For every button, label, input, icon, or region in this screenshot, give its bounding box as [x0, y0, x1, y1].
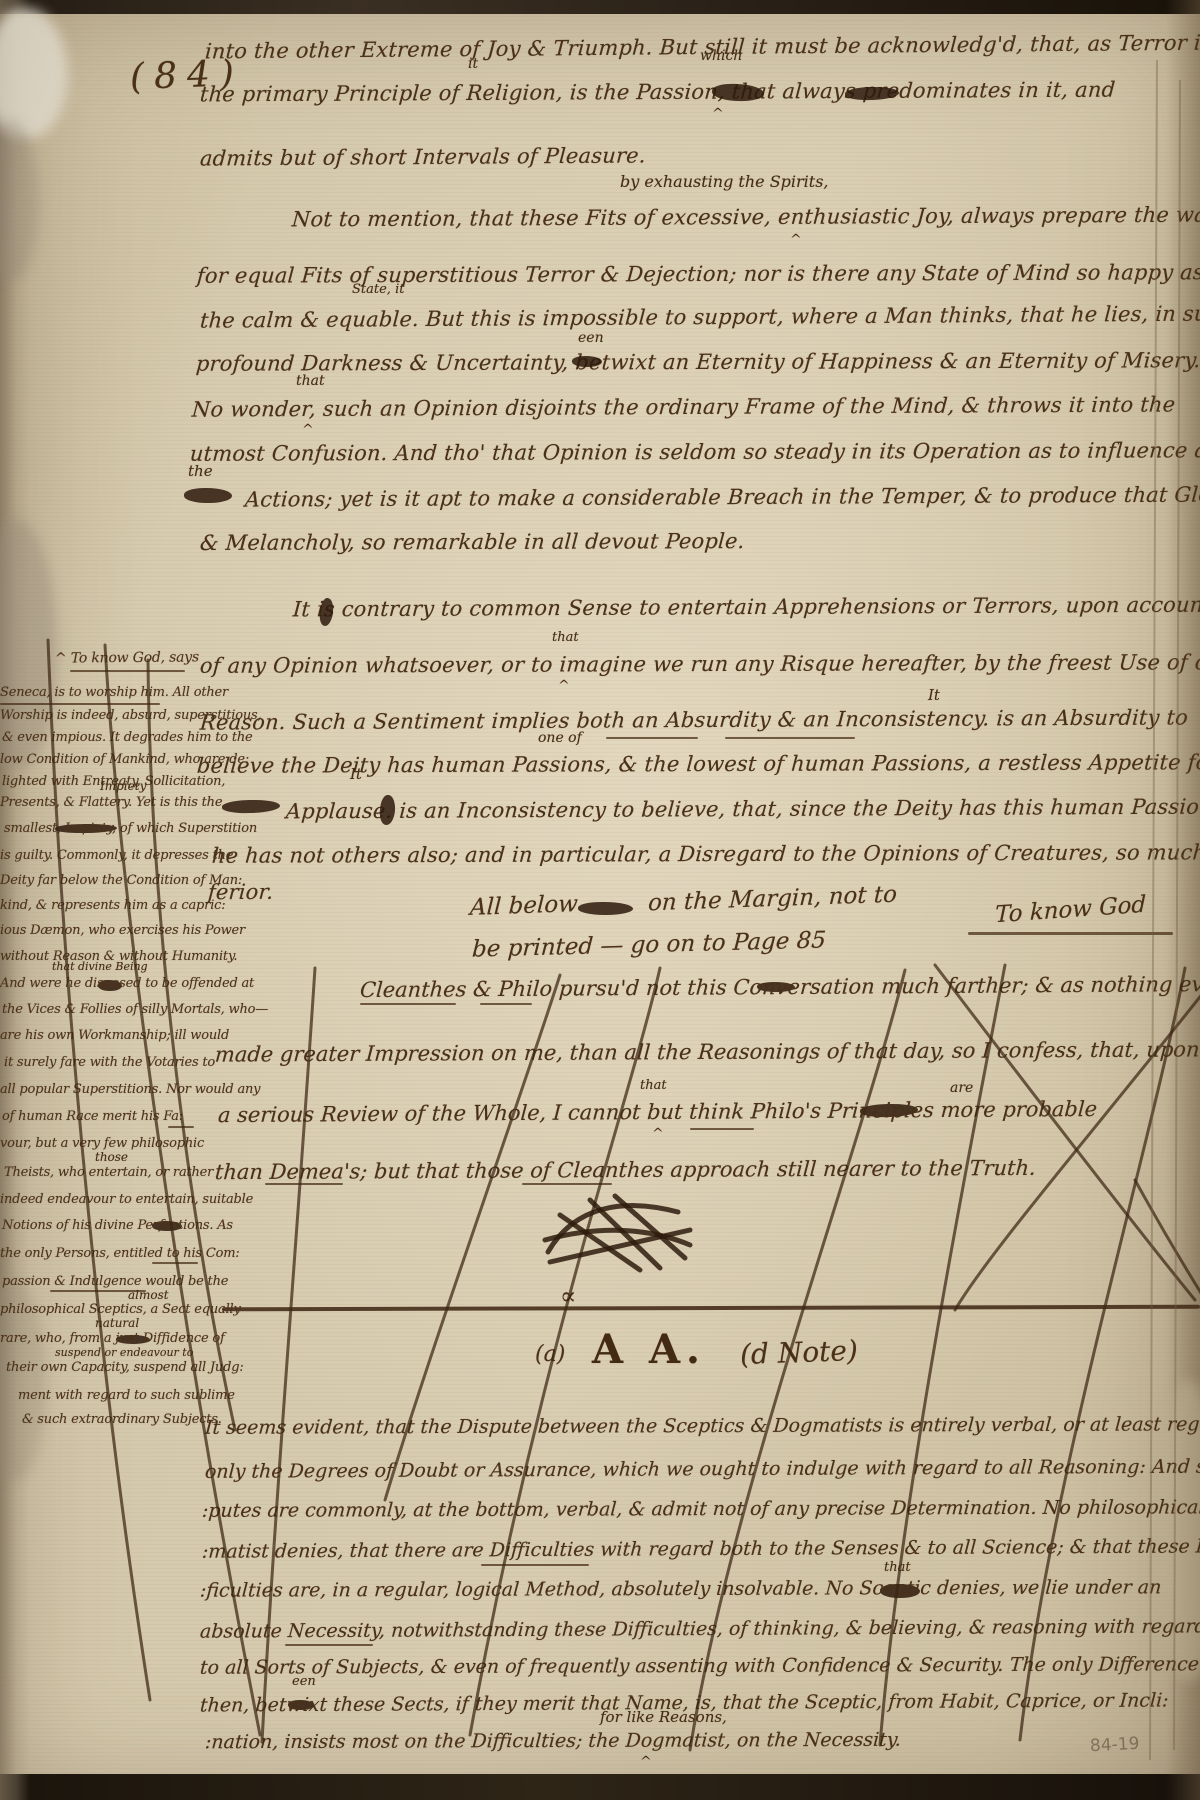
- body-line: for equal Fits of superstitious Terror &…: [196, 260, 1200, 288]
- ink-blot: [578, 902, 633, 915]
- margin-line: ious Dæmon, who exercises his Power: [0, 923, 245, 938]
- ink-underline: [152, 1262, 198, 1264]
- book-edge-bottom: [0, 1774, 1200, 1800]
- interlinear-insertion: that: [884, 1560, 911, 1575]
- margin-line: the only Persons, entitled to his Com:: [0, 1246, 240, 1261]
- note-line: :matist denies, that there are Difficult…: [201, 1535, 1200, 1562]
- body-line: the primary Principle of Religion, is th…: [199, 78, 1116, 107]
- margin-insertion: natural: [95, 1316, 139, 1330]
- instruction-note: on the Margin, not to: [647, 882, 897, 917]
- caret-mark: ^: [558, 678, 570, 694]
- body-line: No wonder, such an Opinion disjoints the…: [191, 392, 1176, 421]
- margin-line: are his own Workmanship; ill would: [0, 1028, 229, 1043]
- margin-line: & such extraordinary Subjects.: [22, 1412, 222, 1427]
- margin-line: Worship is indeed, absurd, superstitious…: [0, 708, 261, 723]
- ink-blot: [572, 356, 602, 367]
- body-line: the calm & equable. But this is impossib…: [199, 301, 1200, 332]
- margin-line: passion & Indulgence would be the: [2, 1274, 228, 1289]
- body-line: utmost Confusion. And tho' that Opinion …: [189, 438, 1200, 466]
- caret-mark: ^: [712, 106, 724, 122]
- interlinear-insertion: one of: [538, 730, 582, 746]
- margin-line: it surely fare with the Votaries to: [4, 1055, 215, 1070]
- margin-line: indeed endeavour to entertain, suitable: [0, 1192, 253, 1207]
- ink-underline: [690, 1128, 754, 1130]
- margin-line: philosophical Sceptics, a Sect equally: [0, 1302, 241, 1317]
- margin-line: the Vices & Follies of silly Mortals, wh…: [2, 1002, 268, 1017]
- caret-mark: ^: [652, 1126, 664, 1142]
- note-line: only the Degrees of Doubt or Assurance, …: [204, 1455, 1200, 1483]
- interlinear-insertion: State, it: [352, 282, 404, 297]
- closing-line: Cleanthes & Philo pursu'd not this Conve…: [359, 972, 1200, 1002]
- margin-line: of human Race merit his Fa:: [2, 1109, 183, 1124]
- margin-line: Presents, & Flattery. Yet is this the: [0, 795, 222, 810]
- margin-insertion: those: [95, 1150, 128, 1164]
- instruction-note: All below: [469, 891, 578, 921]
- paper-stain: [0, 120, 39, 280]
- closing-line: made greater Impression on me, than all …: [214, 1037, 1200, 1066]
- ink-underline: [360, 1003, 456, 1005]
- ink-underline: [70, 670, 185, 672]
- margin-line: & even impious. It degrades him to the: [2, 730, 253, 745]
- note-line: It seems evident, that the Dispute betwe…: [204, 1413, 1200, 1439]
- margin-line: Deity far below the Condition of Man:: [0, 873, 242, 888]
- note-line: :nation, insists most on the Difficultie…: [204, 1729, 902, 1753]
- margin-insertion: Impiety: [100, 779, 146, 793]
- cancellation-stroke: [955, 965, 1200, 1310]
- note-marker-suffix: (d Note): [739, 1334, 858, 1371]
- interlinear-insertion: that: [296, 373, 325, 389]
- interlinear-insertion: the: [188, 462, 213, 480]
- heavy-scribble: [545, 1196, 690, 1270]
- section-rule: [222, 1305, 1200, 1312]
- interlinear-insertion: It: [350, 765, 362, 783]
- margin-line: vour, but a very few philosophic: [0, 1136, 204, 1151]
- sheet-mark: 84-19: [1090, 1734, 1140, 1757]
- margin-line: ^ To know God, says: [55, 649, 199, 666]
- ink-underline: [725, 737, 855, 739]
- note-line: :ficulties are, in a regular, logical Me…: [199, 1576, 1162, 1601]
- margin-line: Seneca, is to worship him. All other: [0, 685, 228, 700]
- margin-line: kind, & represents him as a capric:: [0, 898, 225, 913]
- margin-insertion: suspend or endeavour to: [55, 1346, 193, 1359]
- body-line: profound Darkness & Uncertainty, betwixt…: [195, 348, 1200, 376]
- ink-underline: [481, 1564, 589, 1566]
- caret-mark: ^: [302, 422, 314, 438]
- manuscript-page: (84) into the other Extreme of Joy & Tri…: [0, 0, 1200, 1800]
- ink-underline: [168, 1126, 194, 1128]
- body-line: Applause. is an Inconsistency to believe…: [285, 795, 1200, 824]
- cancellation-stroke: [935, 965, 1195, 1300]
- body-line: of any Opinion whatsoever, or to imagine…: [199, 650, 1200, 678]
- paper-chip: [0, 8, 68, 138]
- margin-line: ment with regard to such sublime: [18, 1388, 235, 1403]
- margin-line: low Condition of Mankind, who are de:: [0, 752, 249, 767]
- margin-line: is guilty. Commonly, it depresses the: [0, 848, 233, 863]
- note-marker-main: A A.: [592, 1326, 706, 1373]
- interlinear-insertion: that: [640, 1078, 667, 1093]
- interlinear-insertion: een: [578, 330, 604, 346]
- interlinear-insertion: It: [928, 686, 940, 704]
- closing-line: than Demea's; but that those of Cleanthe…: [214, 1156, 1036, 1184]
- instruction-note: be printed — go on to Page 85: [471, 927, 827, 962]
- ink-underline: [285, 1644, 373, 1646]
- note-line: then, betwixt these Sects, if they merit…: [199, 1689, 1169, 1716]
- interlinear-insertion: by exhausting the Spirits,: [620, 172, 829, 191]
- ink-underline: [522, 1183, 612, 1185]
- ink-underline: [480, 1003, 532, 1005]
- interlinear-insertion: it: [468, 56, 478, 72]
- closing-line: a serious Review of the Whole, I cannot …: [217, 1097, 1098, 1127]
- book-edge-top: [0, 0, 1200, 14]
- ink-underline: [968, 932, 1173, 935]
- body-line: Reason. Such a Sentiment implies both an…: [199, 705, 1189, 734]
- ink-blot: [184, 488, 232, 503]
- margin-line: rare, who, from a just Diffidence of: [0, 1331, 225, 1346]
- body-line: he has not others also; and in particula…: [211, 840, 1200, 868]
- body-line: Actions; yet is it apt to make a conside…: [244, 482, 1200, 511]
- ink-underline: [606, 737, 698, 739]
- margin-line: Notions of his divine Perfections. As: [2, 1218, 233, 1233]
- note-line: :putes are commonly, at the bottom, verb…: [201, 1496, 1200, 1522]
- margin-line: all popular Superstitions. Nor would any: [0, 1082, 260, 1097]
- margin-line: their own Capacity, suspend all Judg:: [6, 1360, 244, 1375]
- margin-insertion: that divine Being: [52, 960, 148, 973]
- body-line: & Melancholy, so remarkable in all devou…: [199, 529, 745, 555]
- margin-insertion: almost: [128, 1288, 169, 1302]
- note-marker-prefix: (a): [535, 1342, 565, 1367]
- interlinear-insertion: which: [700, 48, 742, 64]
- note-line: absolute Necessity, notwithstanding thes…: [199, 1615, 1200, 1642]
- body-line: believe the Deity has human Passions, & …: [196, 750, 1200, 778]
- margin-line: And were he disposed to be offended at: [0, 976, 254, 991]
- body-line: Not to mention, that these Fits of exces…: [291, 203, 1200, 232]
- margin-line: Theists, who entertain, or rather: [4, 1165, 213, 1180]
- instruction-side-label: To know God: [995, 892, 1146, 929]
- ink-blot: [222, 799, 280, 814]
- margin-line: smallest, Impiety, of which Superstition: [4, 821, 257, 836]
- body-line: admits but of short Intervals of Pleasur…: [199, 143, 646, 170]
- ink-underline: [0, 703, 160, 705]
- body-line: It is contrary to common Sense to entert…: [292, 593, 1200, 622]
- interlinear-insertion: that: [552, 630, 579, 645]
- note-line: to all Sorts of Subjects, & even of freq…: [199, 1653, 1199, 1678]
- caret-mark: ^: [790, 232, 802, 248]
- caret-mark: ^: [640, 1754, 652, 1770]
- interlinear-insertion: are: [950, 1080, 973, 1096]
